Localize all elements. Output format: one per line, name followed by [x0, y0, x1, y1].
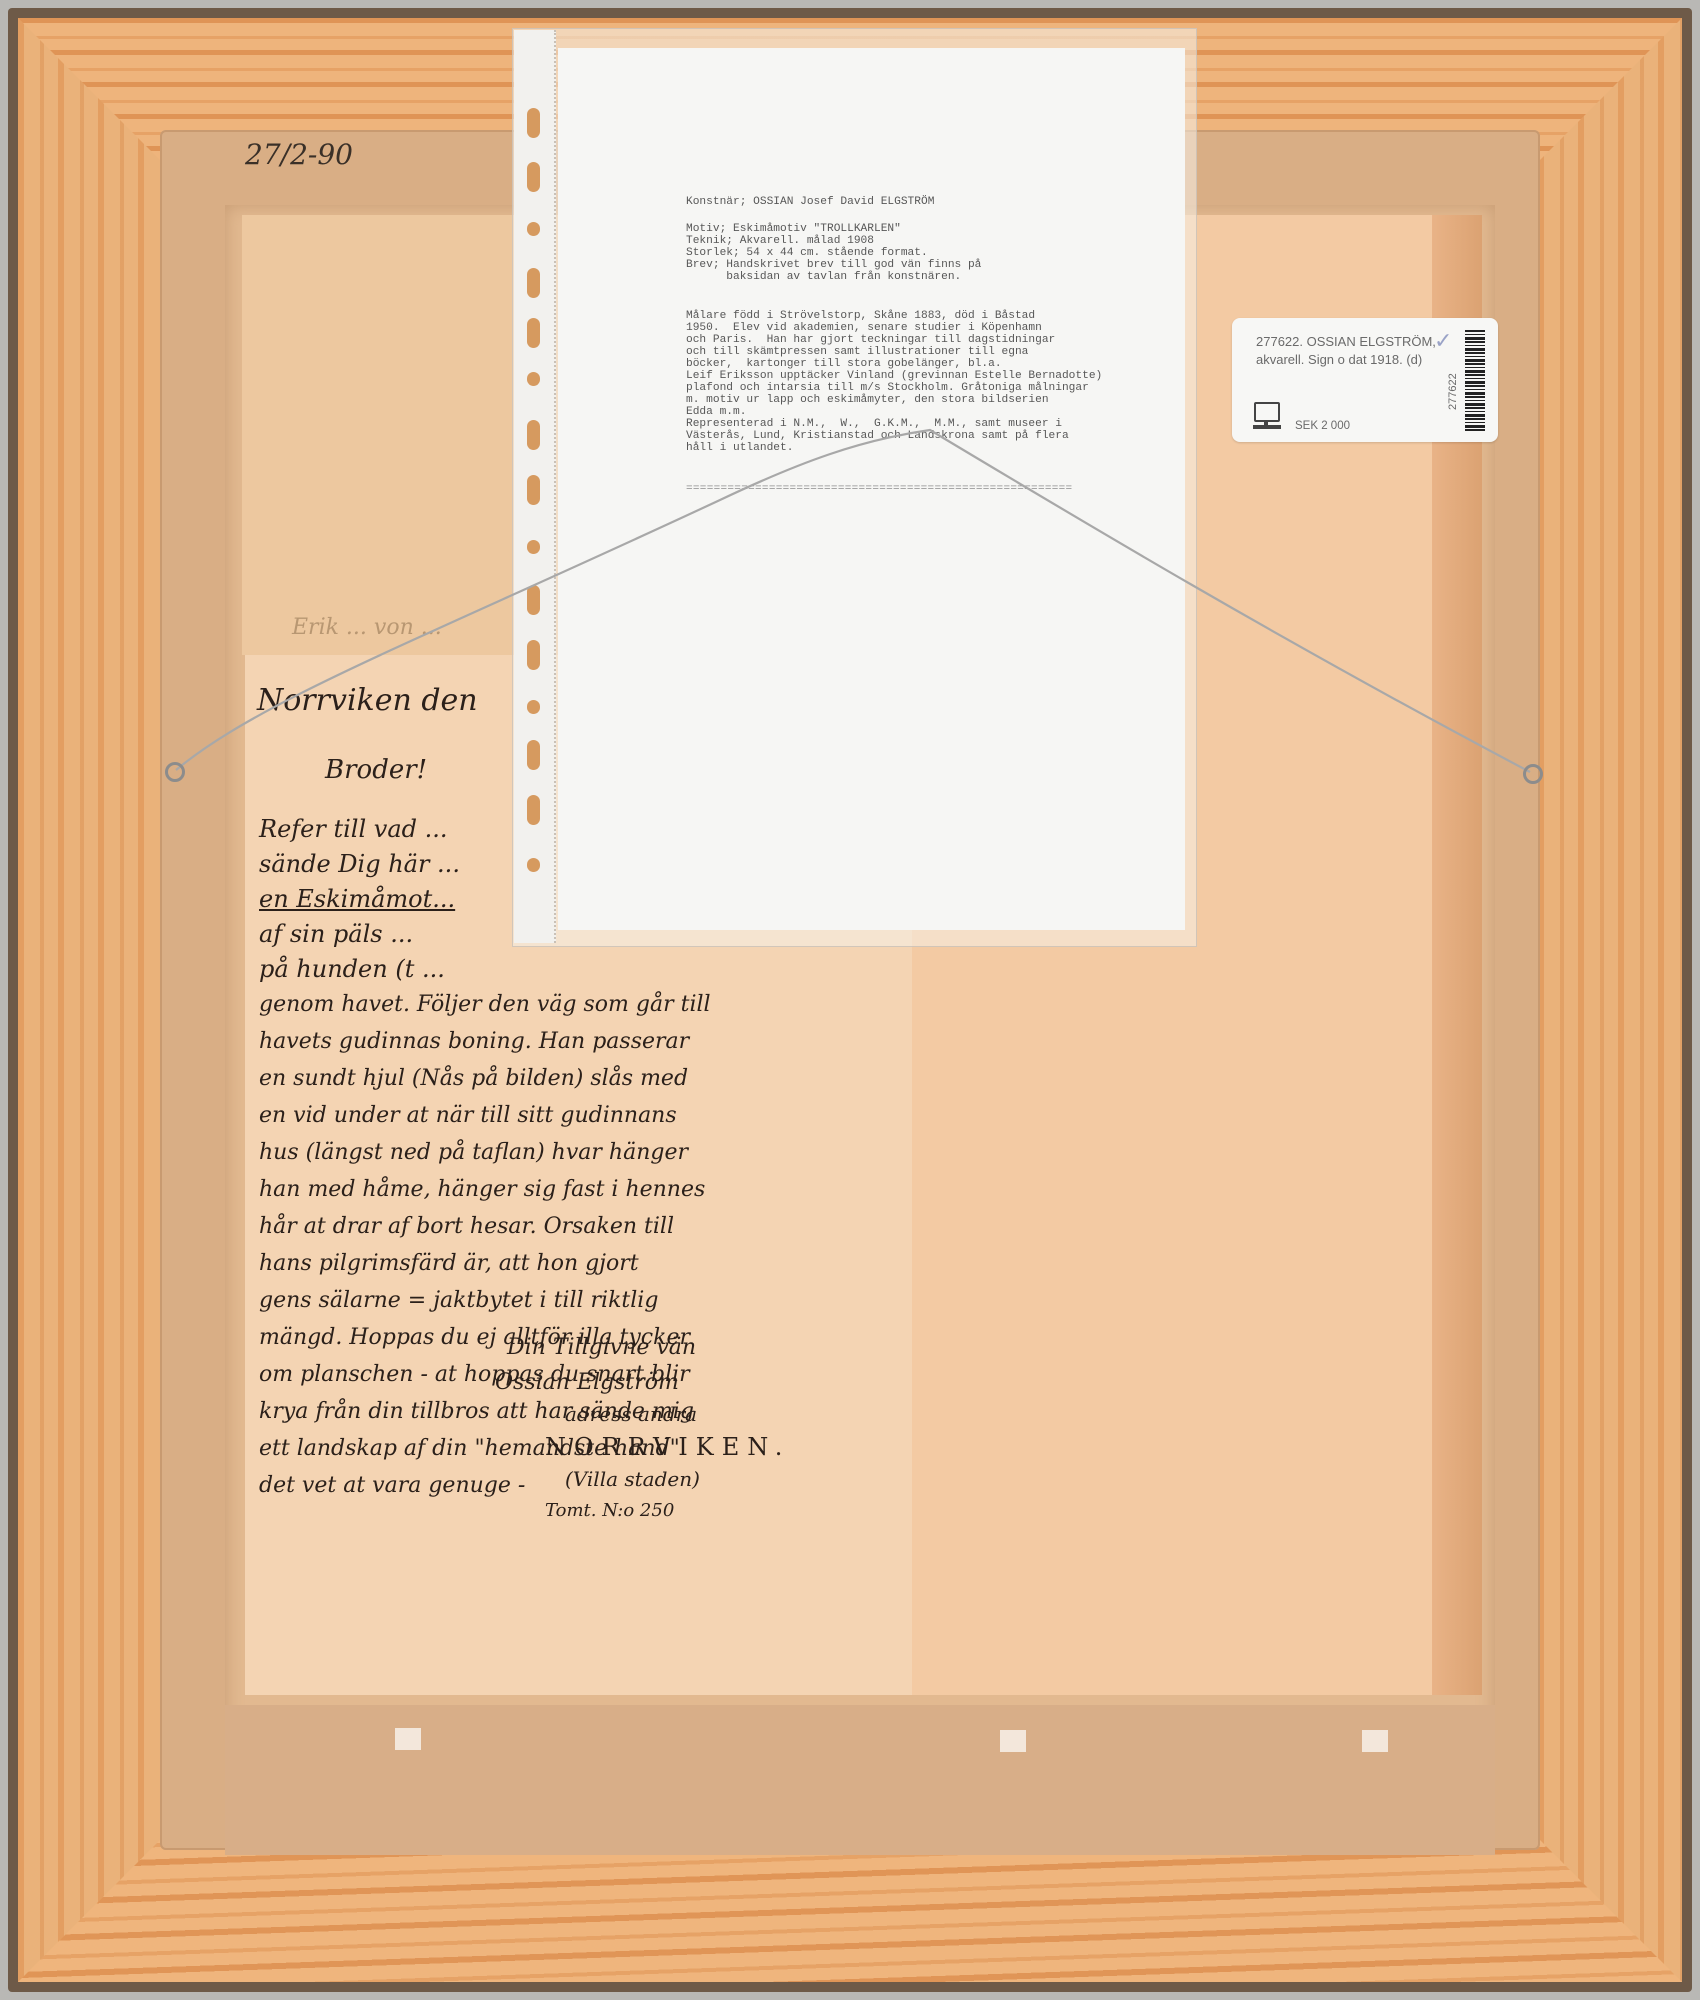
hanging-hook-right [1523, 764, 1543, 784]
auction-label-line1: 277622. OSSIAN ELGSTRÖM, [1256, 333, 1436, 351]
check-mark-icon: ✓ [1434, 328, 1452, 354]
hanging-wire [0, 0, 1700, 2000]
auction-label-line2: akvarell. Sign o dat 1918. (d) [1256, 351, 1436, 369]
hanging-hook-left [165, 762, 185, 782]
barcode-icon [1465, 330, 1485, 432]
monitor-icon [1254, 402, 1280, 422]
auction-label-price: SEK 2 000 [1295, 420, 1350, 432]
auction-label-text: 277622. OSSIAN ELGSTRÖM, akvarell. Sign … [1256, 333, 1436, 369]
monitor-icon-base [1253, 425, 1281, 429]
auction-label-lot-id: 277622 [1447, 373, 1459, 410]
